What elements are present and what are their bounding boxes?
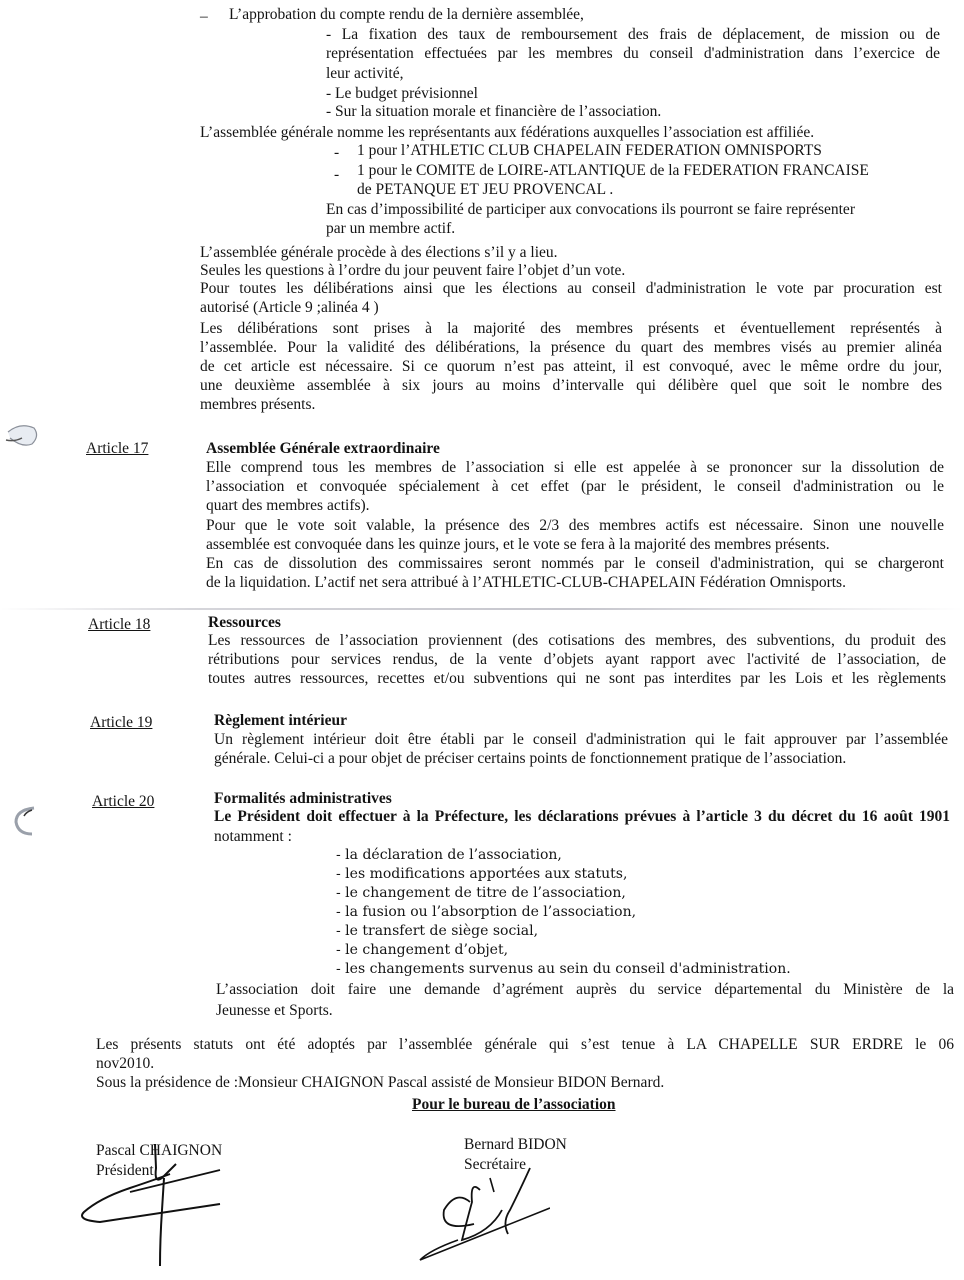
formalite-item: - le changement de titre de l’associatio… — [336, 884, 626, 902]
article-17-line: Elle comprend tous les membres de l’asso… — [206, 459, 944, 477]
list-item-fixation-line2: représentation effectuées par les membre… — [326, 45, 940, 63]
article-20-line: notamment : — [214, 828, 292, 846]
paragraph-majorite-line1: Les délibérations sont prises à la major… — [200, 320, 942, 338]
paragraph-majorite-line5: membres présents. — [200, 396, 315, 414]
representant-item-comite-line1: 1 pour le COMITE de LOIRE-ATLANTIQUE de … — [357, 162, 869, 180]
article-20-label: Article 20 — [92, 793, 154, 811]
article-17-line: quart des membres actifs). — [206, 497, 370, 515]
paragraph-elections: L’assemblée générale procède à des élect… — [200, 244, 558, 262]
impossibilite-line2: par un membre actif. — [326, 220, 455, 238]
article-18-line: Les ressources de l’association provienn… — [208, 632, 946, 650]
agrement-line1: L’association doit faire une demande d’a… — [216, 981, 954, 999]
article-17-line: En cas de dissolution des commissaires s… — [206, 555, 944, 573]
article-20-line: Le Président doit effectuer à la Préfect… — [214, 808, 950, 826]
list-item-budget: - Le budget prévisionnel — [326, 85, 478, 103]
article-19-label: Article 19 — [90, 714, 152, 732]
scanned-document-page: – L’approbation du compte rendu de la de… — [0, 0, 964, 1280]
list-item-situation: - Sur la situation morale et financière … — [326, 103, 661, 121]
paragraph-majorite-line3: de cet article est nécessaire. Si ce quo… — [200, 358, 942, 376]
punch-hole-mark — [4, 418, 44, 458]
formalite-item: - la déclaration de l’association, — [336, 846, 562, 864]
punch-hole-mark — [6, 800, 40, 840]
list-item-fixation-line3: leur activité, — [326, 65, 403, 83]
formalite-item: - la fusion ou l’absorption de l’associa… — [336, 903, 636, 921]
list-item-approbation: L’approbation du compte rendu de la dern… — [229, 6, 584, 24]
paragraph-majorite-line2: l’assemblée. Pour la validité des délibé… — [200, 339, 942, 357]
article-17-line: assemblée est convoquée dans les quinze … — [206, 536, 830, 554]
adoption-line1: Les présents statuts ont été adoptés par… — [96, 1036, 954, 1054]
signatory-name-secretary: Bernard BIDON — [464, 1136, 567, 1154]
signature-secretary — [370, 1160, 550, 1265]
signature-president — [70, 1140, 240, 1270]
formalite-item: - les changements survenus au sein du co… — [336, 960, 791, 978]
agrement-line2: Jeunesse et Sports. — [216, 1002, 333, 1020]
dash-marker: – — [200, 8, 208, 26]
article-17-title: Assemblée Générale extraordinaire — [206, 440, 440, 458]
article-17-line: de la liquidation. L’actif net sera attr… — [206, 574, 846, 592]
adoption-line2: nov2010. — [96, 1055, 154, 1073]
representants-intro: L’assemblée générale nomme les représent… — [200, 124, 814, 142]
article-17-line: Pour que le vote soit valable, la présen… — [206, 517, 944, 535]
article-19-line: Un règlement intérieur doit être établi … — [214, 731, 948, 749]
article-18-title: Ressources — [208, 614, 281, 632]
article-18-line: rétributions pour services rendus, de la… — [208, 651, 946, 669]
representant-item-athletic: 1 pour l’ATHLETIC CLUB CHAPELAIN FEDERAT… — [357, 142, 822, 160]
paper-fold-line — [0, 608, 964, 610]
paragraph-procuration-line1: Pour toutes les délibérations ainsi que … — [200, 280, 942, 298]
bullet-marker: - — [334, 166, 339, 184]
list-item-fixation-line1: - La fixation des taux de remboursement … — [326, 26, 940, 44]
article-18-label: Article 18 — [88, 616, 150, 634]
article-19-line: générale. Celui-ci a pour objet de préci… — [214, 750, 846, 768]
paragraph-majorite-line4: une deuxième assemblée à six jours au mo… — [200, 377, 942, 395]
paragraph-procuration-line2: autorisé (Article 9 ;alinéa 4 ) — [200, 299, 379, 317]
representant-item-comite-line2: de PETANQUE ET JEU PROVENCAL . — [357, 181, 613, 199]
formalite-item: - les modifications apportées aux statut… — [336, 865, 627, 883]
bullet-marker: - — [334, 144, 339, 162]
article-20-title: Formalités administratives — [214, 790, 392, 808]
article-18-line: toutes autres ressources, recettes et/ou… — [208, 670, 946, 688]
formalite-item: - le changement d’objet, — [336, 941, 508, 959]
presidence-line: Sous la présidence de :Monsieur CHAIGNON… — [96, 1074, 664, 1092]
article-17-label: Article 17 — [86, 440, 148, 458]
formalite-item: - le transfert de siège social, — [336, 922, 538, 940]
article-19-title: Règlement intérieur — [214, 712, 347, 730]
article-17-line: l’association et convoquée spécialement … — [206, 478, 944, 496]
bureau-heading: Pour le bureau de l’association — [412, 1096, 616, 1114]
impossibilite-line1: En cas d’impossibilité de participer aux… — [326, 201, 855, 219]
paragraph-questions: Seules les questions à l’ordre du jour p… — [200, 262, 625, 280]
